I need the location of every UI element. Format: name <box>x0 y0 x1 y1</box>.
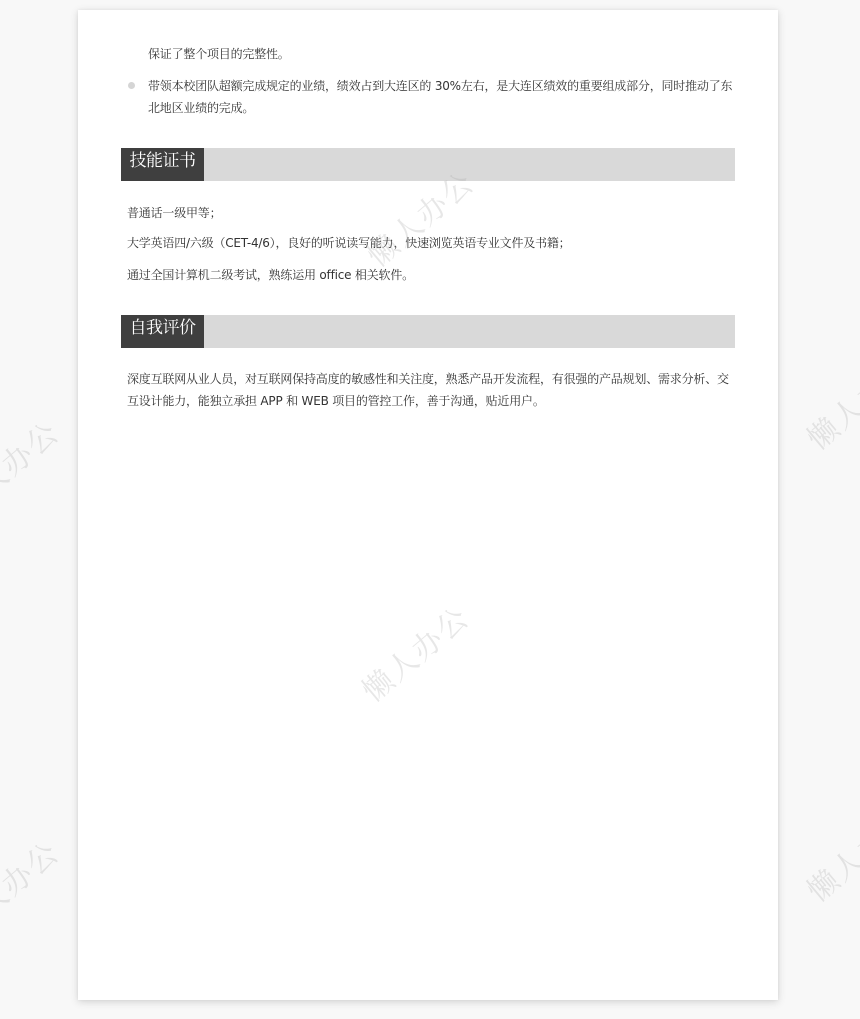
watermark: 懒人办公 <box>796 342 860 458</box>
experience-bullet-line-1: 带领本校团队超额完成规定的业绩，绩效占到大连区的 30%左右，是大连区绩效的重要… <box>148 75 732 97</box>
bullet-icon <box>128 82 135 89</box>
skill-item: 普通话一级甲等； <box>127 202 221 224</box>
watermark: 懒人办公 <box>796 794 860 910</box>
self-evaluation-section-header: 自我评价 <box>121 315 735 348</box>
self-evaluation-line-2: 互设计能力，能独立承担 APP 和 WEB 项目的管控工作，善于沟通，贴近用户。 <box>127 390 545 412</box>
skill-item: 通过全国计算机二级考试，熟练运用 office 相关软件。 <box>127 264 414 286</box>
experience-continuation-text: 保证了整个项目的完整性。 <box>148 43 290 65</box>
watermark: 懒人办公 <box>0 829 67 945</box>
self-evaluation-section-title: 自我评价 <box>121 315 204 348</box>
self-evaluation-line-1: 深度互联网从业人员，对互联网保持高度的敏感性和关注度，熟悉产品开发流程，有很强的… <box>127 368 729 390</box>
resume-page: 保证了整个项目的完整性。 带领本校团队超额完成规定的业绩，绩效占到大连区的 30… <box>78 10 778 1000</box>
watermark: 懒人办公 <box>0 409 67 525</box>
experience-bullet-line-2: 北地区业绩的完成。 <box>148 97 254 119</box>
skill-item: 大学英语四/六级（CET-4/6），良好的听说读写能力，快速浏览英语专业文件及书… <box>127 232 570 254</box>
skills-section-title: 技能证书 <box>121 148 204 181</box>
skills-section-header: 技能证书 <box>121 148 735 181</box>
